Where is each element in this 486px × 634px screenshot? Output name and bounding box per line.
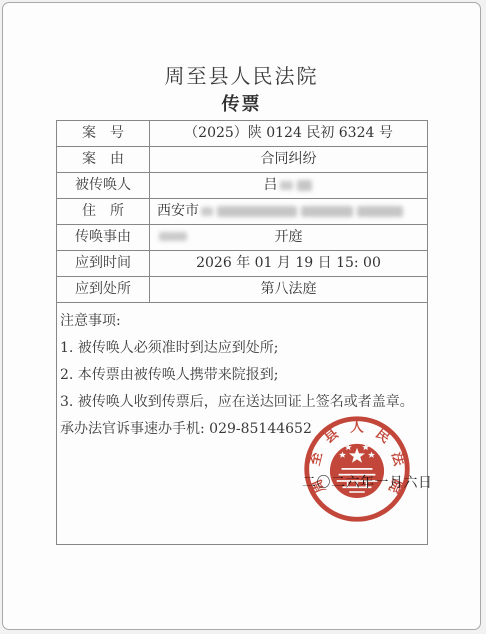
summoned-person-name-prefix: 吕 [264,177,278,193]
seal-char: 人 [350,419,364,435]
national-emblem-icon [330,444,384,498]
redacted-name-block [297,180,312,191]
summons-reason-label: 传唤事由 [57,225,150,250]
address-prefix: 西安市 [157,203,199,219]
case-number-value: （2025）陕 0124 民初 6324 号 [150,121,427,146]
table-row-case-number: 案 号 （2025）陕 0124 民初 6324 号 [57,121,427,147]
redacted-address-block [159,232,187,241]
seal-char: 至 [307,450,326,467]
appearance-time-value: 2026 年 01 月 19 日 15: 00 [150,251,427,276]
table-row-cause: 案 由 合同纠纷 [57,147,427,173]
table-row-address: 住 所 西安市 [57,199,427,225]
table-row-summoned-person: 被传唤人 吕 [57,173,427,199]
appearance-place-label: 应到处所 [57,277,150,302]
summons-reason-value: 开庭 [150,225,427,250]
redacted-name-block [280,181,293,190]
summoned-person-label: 被传唤人 [57,173,150,198]
redacted-address-block [201,207,213,216]
redacted-address-block [217,206,297,217]
redacted-address-block [301,206,353,217]
notes-item-2: 2. 本传票由被传唤人携带来院报到; [60,362,421,389]
appearance-time-label: 应到时间 [57,251,150,276]
notes-heading: 注意事项: [60,308,421,335]
address-label: 住 所 [57,199,150,224]
cause-label: 案 由 [57,147,150,172]
document-type-title: 传票 [3,90,480,116]
cause-value: 合同纠纷 [150,147,427,172]
table-row-appearance-time: 应到时间 2026 年 01 月 19 日 15: 00 [57,251,427,277]
table-row-summons-reason: 传唤事由 开庭 [57,225,427,251]
appearance-place-value: 第八法庭 [150,277,427,302]
court-seal: 周 至 县 人 民 法 院 [299,411,415,527]
court-name: 周至县人民法院 [3,60,480,89]
summoned-person-value: 吕 [150,173,427,198]
redacted-address-block [357,206,403,217]
table-row-appearance-place: 应到处所 第八法庭 [57,277,427,303]
summons-document: 周至县人民法院 传票 案 号 （2025）陕 0124 民初 6324 号 案 … [2,2,481,630]
notes-item-1: 1. 被传唤人必须准时到达应到处所; [60,335,421,362]
case-number-label: 案 号 [57,121,150,146]
address-value: 西安市 [150,199,427,224]
